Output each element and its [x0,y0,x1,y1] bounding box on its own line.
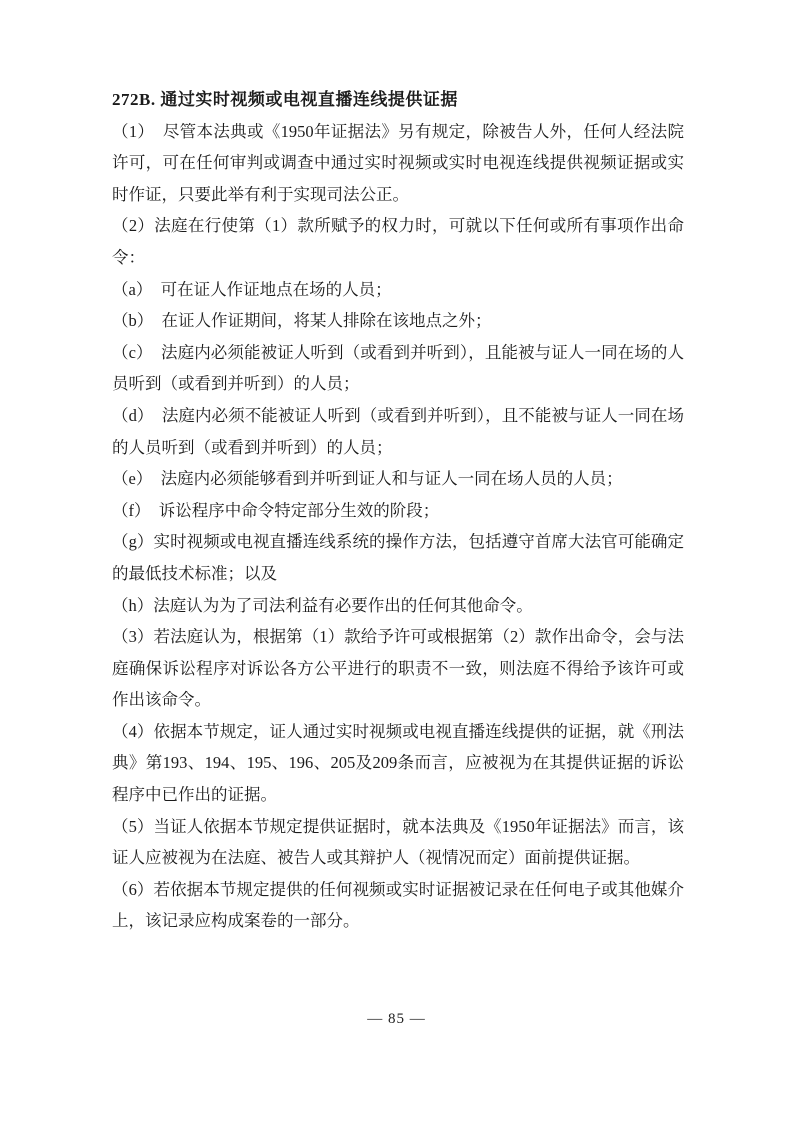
clause-2a: （a） 可在证人作证地点在场的人员； [112,274,684,306]
clause-1: （1） 尽管本法典或《1950年证据法》另有规定，除被告人外，任何人经法院许可，… [112,116,684,211]
clause-2d: （d） 法庭内必须不能被证人听到（或看到并听到），且不能被与证人一同在场的人员听… [112,400,684,463]
clause-6: （6）若依据本节规定提供的任何视频或实时证据被记录在任何电子或其他媒介上，该记录… [112,874,684,937]
page-number: — 85 — [0,1008,793,1030]
clause-2: （2）法庭在行使第（1）款所赋予的权力时，可就以下任何或所有事项作出命令： [112,210,684,273]
clause-2b: （b） 在证人作证期间，将某人排除在该地点之外； [112,305,684,337]
section-heading: 272B. 通过实时视频或电视直播连线提供证据 [112,84,684,116]
document-body: 272B. 通过实时视频或电视直播连线提供证据 （1） 尽管本法典或《1950年… [112,84,684,937]
clause-2h: （h）法庭认为为了司法利益有必要作出的任何其他命令。 [112,590,684,622]
clause-3: （3）若法庭认为，根据第（1）款给予许可或根据第（2）款作出命令，会与法庭确保诉… [112,621,684,716]
clause-2e: （e） 法庭内必须能够看到并听到证人和与证人一同在场人员的人员； [112,463,684,495]
clause-2c: （c） 法庭内必须能被证人听到（或看到并听到），且能被与证人一同在场的人员听到（… [112,337,684,400]
clause-2f: （f） 诉讼程序中命令特定部分生效的阶段； [112,495,684,527]
document-page: 272B. 通过实时视频或电视直播连线提供证据 （1） 尽管本法典或《1950年… [0,0,793,1122]
clause-5: （5）当证人依据本节规定提供证据时，就本法典及《1950年证据法》而言，该证人应… [112,811,684,874]
clause-2g: （g）实时视频或电视直播连线系统的操作方法，包括遵守首席大法官可能确定的最低技术… [112,526,684,589]
clause-4: （4）依据本节规定，证人通过实时视频或电视直播连线提供的证据，就《刑法典》第19… [112,716,684,811]
